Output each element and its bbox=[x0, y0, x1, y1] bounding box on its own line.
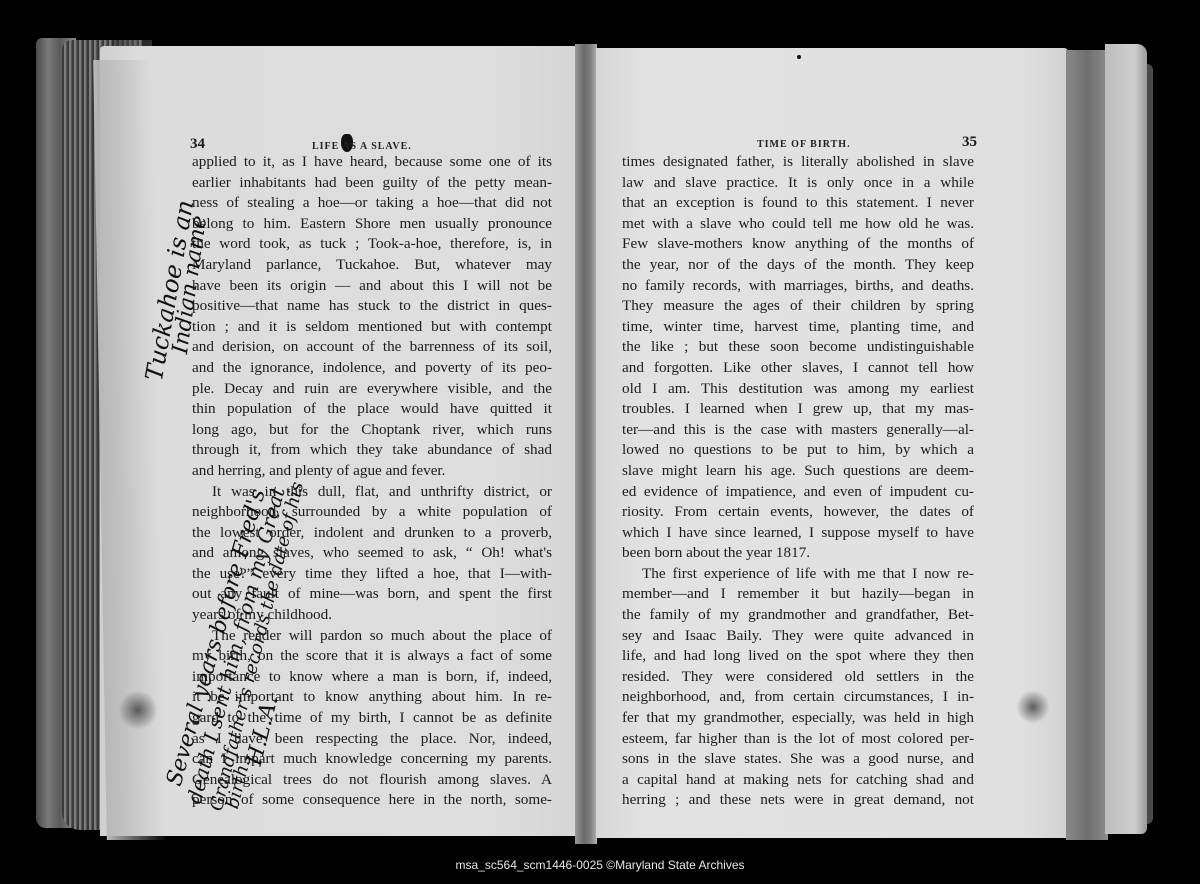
book-cover-right bbox=[1105, 44, 1147, 834]
text-line: positive—that name has stuck to the dist… bbox=[192, 296, 552, 317]
text-line: and forgotten. Like other slaves, I cann… bbox=[622, 358, 974, 379]
text-line: sons in the slave states. She was a good… bbox=[622, 749, 974, 770]
text-line: Few slave-mothers know anything of the m… bbox=[622, 234, 974, 255]
text-line: through it, from which they take abundan… bbox=[192, 440, 552, 461]
text-line: ter—and this is the case with masters ge… bbox=[622, 420, 974, 441]
right-page-body-text: times designated father, is literally ab… bbox=[622, 152, 974, 811]
text-line: thin population of the place would have … bbox=[192, 399, 552, 420]
text-line: time, winter time, harvest time, plantin… bbox=[622, 317, 974, 338]
left-running-head: LIFE AS A SLAVE. bbox=[312, 141, 412, 152]
text-line: They measure the ages of their children … bbox=[622, 296, 974, 317]
scanned-book-spread: 34 LIFE AS A SLAVE. TIME OF BIRTH. 35 ap… bbox=[0, 0, 1200, 860]
text-line: riosity. From certain events, however, t… bbox=[622, 502, 974, 523]
text-line: ple. Decay and ruin are everywhere visib… bbox=[192, 379, 552, 400]
text-line: esteem, far higher than is the lot of mo… bbox=[622, 729, 974, 750]
text-line: which I have since learned, I suppose my… bbox=[622, 523, 974, 544]
left-page-number: 34 bbox=[190, 136, 205, 153]
text-line: earlier inhabitants had been guilty of t… bbox=[192, 173, 552, 194]
text-line: fer that my grandmother, especially, was… bbox=[622, 708, 974, 729]
text-line: applied to it, as I have heard, because … bbox=[192, 152, 552, 173]
text-line: been born about the year 1817. bbox=[622, 543, 974, 564]
stain-mark bbox=[118, 690, 158, 730]
text-line: law and slave practice. It is only once … bbox=[622, 173, 974, 194]
text-line: and the ignorance, indolence, and povert… bbox=[192, 358, 552, 379]
text-line: member—and I remember it but hazily—bega… bbox=[622, 584, 974, 605]
text-line: the family of my grandmother and grandfa… bbox=[622, 605, 974, 626]
right-page-number: 35 bbox=[962, 134, 977, 151]
text-line: no family records, with marriages, birth… bbox=[622, 276, 974, 297]
text-line: the word took, as tuck ; Took-a-hoe, the… bbox=[192, 234, 552, 255]
text-line: neighborhood, and, from certain circumst… bbox=[622, 687, 974, 708]
text-line: tion ; and it is seldom mentioned but wi… bbox=[192, 317, 552, 338]
text-line: a capital hand at making nets for catchi… bbox=[622, 770, 974, 791]
text-line: Maryland parlance, Tuckahoe. But, whatev… bbox=[192, 255, 552, 276]
text-line: long ago, but for the Choptank river, wh… bbox=[192, 420, 552, 441]
text-line: sey and Isaac Baily. They were quite adv… bbox=[622, 626, 974, 647]
text-line: old I am. This destitution was among my … bbox=[622, 379, 974, 400]
text-line: belong to him. Eastern Shore men usually… bbox=[192, 214, 552, 235]
right-running-head: TIME OF BIRTH. bbox=[757, 139, 851, 150]
text-line: the year, nor of the days of the month. … bbox=[622, 255, 974, 276]
text-line: ed evidence of impatience, and even of i… bbox=[622, 482, 974, 503]
text-line: ness of stealing a hoe—or taking a hoe—t… bbox=[192, 193, 552, 214]
text-line: and herring, and plenty of ague and feve… bbox=[192, 461, 552, 482]
text-line: and derision, on account of the barrenne… bbox=[192, 337, 552, 358]
stain-mark bbox=[1016, 690, 1050, 724]
text-line: met with a slave who could tell me how o… bbox=[622, 214, 974, 235]
text-line: slave might learn his age. Such question… bbox=[622, 461, 974, 482]
text-line: times designated father, is literally ab… bbox=[622, 152, 974, 173]
page-stack-right bbox=[1066, 50, 1108, 840]
text-line: the like ; but these soon become undisti… bbox=[622, 337, 974, 358]
text-line: life, and had long lived on the spot whe… bbox=[622, 646, 974, 667]
text-line: resided. They were considered old settle… bbox=[622, 667, 974, 688]
text-line: that an exception is found to this state… bbox=[622, 193, 974, 214]
ink-dot bbox=[797, 55, 801, 59]
text-line: have been its origin — and about this I … bbox=[192, 276, 552, 297]
text-line: herring ; and these nets were in great d… bbox=[622, 790, 974, 811]
image-caption: msa_sc564_scm1446-0025 ©Maryland State A… bbox=[0, 858, 1200, 872]
text-line: troubles. I learned when I grew up, that… bbox=[622, 399, 974, 420]
text-line: lowed no questions to be put to him, by … bbox=[622, 440, 974, 461]
book-gutter bbox=[575, 44, 597, 844]
text-line: The first experience of life with me tha… bbox=[622, 564, 974, 585]
